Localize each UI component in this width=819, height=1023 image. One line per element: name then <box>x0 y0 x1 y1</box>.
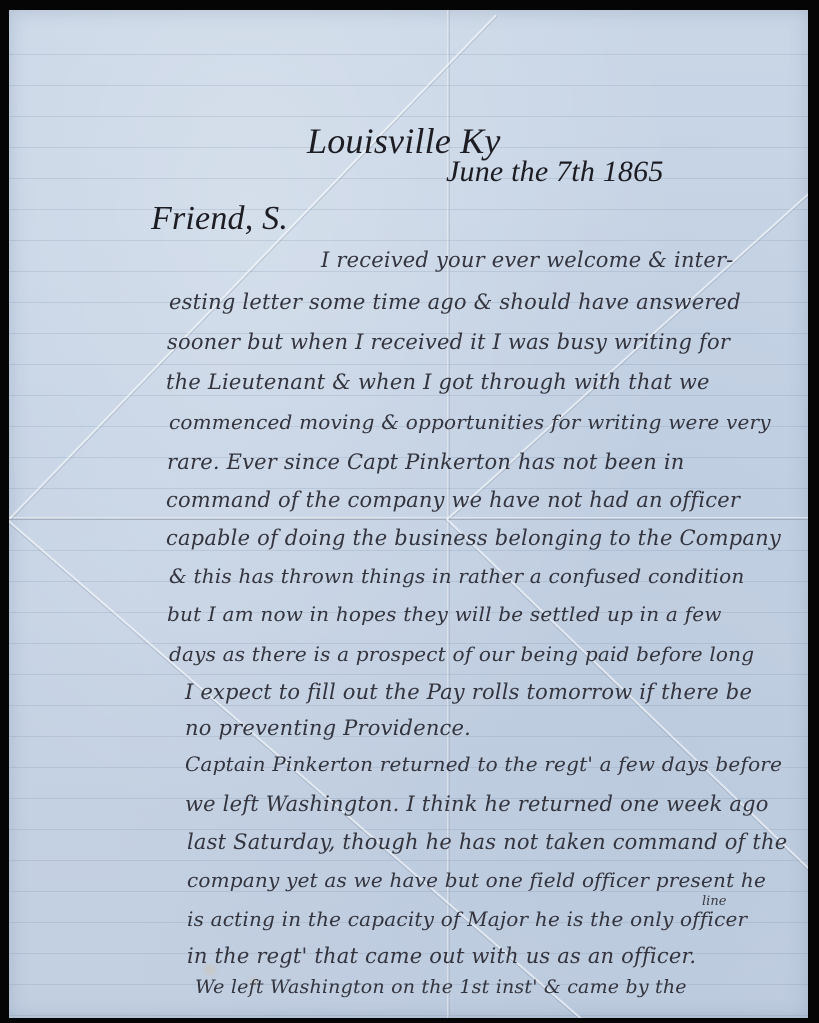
letter-line: Captain Pinkerton returned to the regt' … <box>185 752 782 776</box>
letter-line: in the regt' that came out with us as an… <box>187 944 696 968</box>
scan-frame: Louisville Ky June the 7th 1865 Friend, … <box>0 0 819 1023</box>
letter-line: We left Washington on the 1st inst' & ca… <box>195 976 687 998</box>
letter-line: command of the company we have not had a… <box>166 488 740 512</box>
letter-line: is acting in the capacity of Major he is… <box>187 907 747 931</box>
letter-date: June the 7th 1865 <box>446 155 664 189</box>
letter-line: rare. Ever since Capt Pinkerton has not … <box>167 450 685 474</box>
letter-line: capable of doing the business belonging … <box>166 526 781 550</box>
letter-page: Louisville Ky June the 7th 1865 Friend, … <box>9 10 808 1018</box>
letter-line: we left Washington. I think he returned … <box>185 792 769 816</box>
letter-line: commenced moving & opportunities for wri… <box>169 410 771 434</box>
horizontal-fold <box>9 517 808 520</box>
letter-line: the Lieutenant & when I got through with… <box>166 370 710 394</box>
letter-line: company yet as we have but one field off… <box>187 868 766 892</box>
letter-line: I received your ever welcome & inter- <box>321 248 733 272</box>
letter-line: last Saturday, though he has not taken c… <box>187 830 787 854</box>
letter-line: esting letter some time ago & should hav… <box>169 290 741 314</box>
letter-line: & this has thrown things in rather a con… <box>169 564 744 588</box>
letter-line: sooner but when I received it I was busy… <box>167 330 730 354</box>
letter-line: no preventing Providence. <box>185 716 471 740</box>
letter-line: I expect to fill out the Pay rolls tomor… <box>185 680 752 704</box>
letter-line: days as there is a prospect of our being… <box>169 642 754 666</box>
letter-salutation: Friend, S. <box>151 200 288 238</box>
letter-line: but I am now in hopes they will be settl… <box>167 602 722 626</box>
